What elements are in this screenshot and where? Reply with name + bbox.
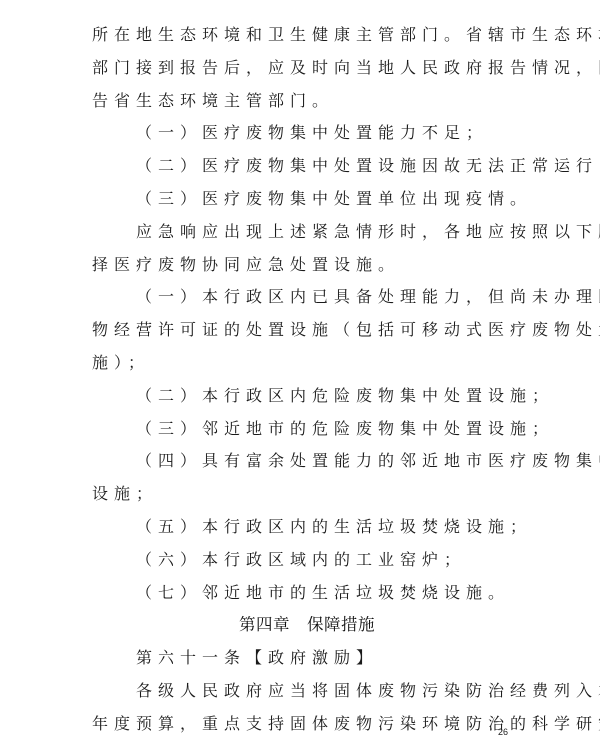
list-item: （二）医疗废物集中处置设施因故无法正常运行； [92,150,516,183]
list-item: （四）具有富余处置能力的邻近地市医疗废物集中处置 [92,445,516,478]
list-item: （五）本行政区内的生活垃圾焚烧设施； [92,511,516,544]
article-title: 第六十一条【政府激励】 [92,642,516,675]
list-item: （三）医疗废物集中处置单位出现疫情。 [92,183,516,216]
list-item: （一）医疗废物集中处置能力不足； [92,117,516,150]
text-line: 所在地生态环境和卫生健康主管部门。省辖市生态环境主管 [92,19,516,52]
paragraph-start: 应急响应出现上述紧急情形时，各地应按照以下顺序选 [92,216,516,249]
list-item: （一）本行政区内已具备处理能力，但尚未办理医疗废 [92,281,516,314]
list-item: （七）邻近地市的生活垃圾焚烧设施。 [92,577,516,610]
document-body: 所在地生态环境和卫生健康主管部门。省辖市生态环境主管 部门接到报告后，应及时向当… [92,19,516,741]
text-line: 设施； [92,478,516,511]
document-page: 所在地生态环境和卫生健康主管部门。省辖市生态环境主管 部门接到报告后，应及时向当… [0,0,600,747]
text-line: 物经营许可证的处置设施（包括可移动式医疗废物处置设 [92,314,516,347]
list-item: （二）本行政区内危险废物集中处置设施； [92,380,516,413]
text-line: 部门接到报告后，应及时向当地人民政府报告情况，同时报 [92,52,516,85]
paragraph-start: 各级人民政府应当将固体废物污染防治经费列入本级 [92,675,516,708]
list-item: （六）本行政区域内的工业窑炉； [92,544,516,577]
text-line: 施）； [92,347,516,380]
page-number: 26 [498,727,508,737]
text-line: 告省生态环境主管部门。 [92,85,516,118]
text-line: 年度预算，重点支持固体废物污染环境防治的科学研究和技 [92,708,516,741]
list-item: （三）邻近地市的危险废物集中处置设施； [92,413,516,446]
chapter-heading: 第四章 保障措施 [92,609,516,642]
text-line: 择医疗废物协同应急处置设施。 [92,249,516,282]
